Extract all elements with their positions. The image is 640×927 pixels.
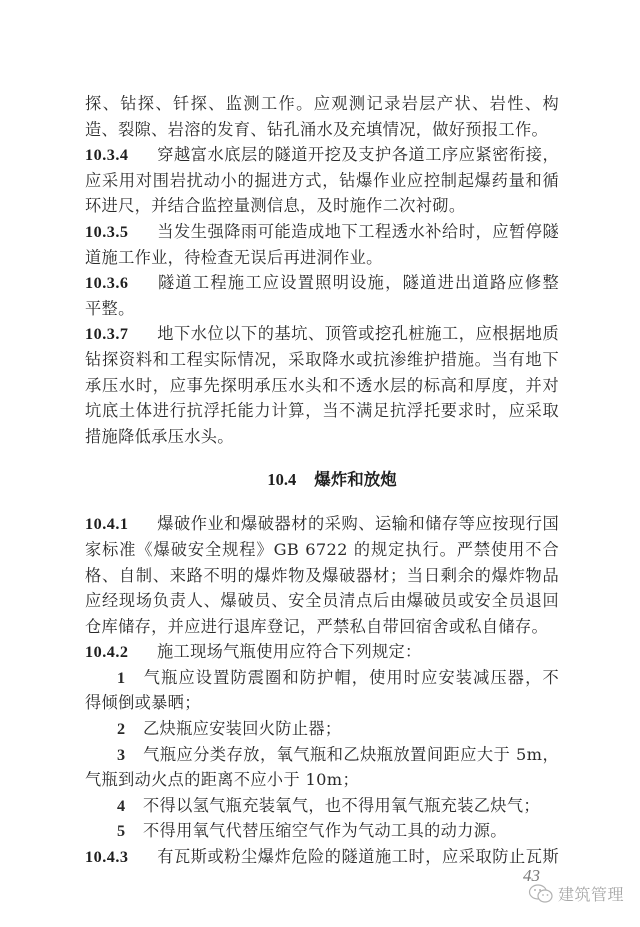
- text-line: 气瓶到动火点的距离不应小于 10m；: [85, 767, 559, 793]
- clause-line: 10.3.5当发生强降雨可能造成地下工程透水补给时，应暂停隧: [85, 219, 559, 245]
- list-item-line: 2乙炔瓶应安装回火防止器；: [85, 716, 559, 742]
- line-text: 有瓦斯或粉尘爆炸危险的隧道施工时，应采取防止瓦斯: [157, 847, 559, 866]
- line-text: 不得以氢气瓶充装氧气，也不得用氧气瓶充装乙炔气；: [143, 796, 540, 815]
- clause-line: 10.3.4穿越富水底层的隧道开挖及支护各道工序应紧密衔接，: [85, 142, 559, 168]
- watermark-text: 建筑管理: [558, 882, 624, 905]
- list-item-number: 4: [117, 794, 143, 819]
- text-line: 承压水时，应事先探明承压水头和不透水层的标高和厚度，并对: [85, 373, 559, 399]
- list-item-number: 1: [117, 666, 143, 691]
- list-item-line: 5不得用氧气代替压缩空气作为气动工具的动力源。: [85, 818, 559, 844]
- line-text: 气瓶到动火点的距离不应小于 10m；: [85, 770, 359, 789]
- line-text: 承压水时，应事先探明承压水头和不透水层的标高和厚度，并对: [85, 376, 559, 395]
- document-page: 探、钻探、钎探、监测工作。应观测记录岩层产状、岩性、构造、裂隙、岩溶的发育、钻孔…: [85, 91, 559, 870]
- clause-line: 10.4.1爆破作业和爆破器材的采购、运输和储存等应按现行国: [85, 511, 559, 537]
- clause-line: 10.4.2施工现场气瓶使用应符合下列规定：: [85, 639, 559, 665]
- clause-number: 10.3.7: [85, 322, 157, 347]
- section-heading: 10.4爆炸和放炮: [85, 449, 559, 511]
- text-line: 坑底土体进行抗浮托能力计算，当不满足抗浮托要求时，应采取: [85, 398, 559, 424]
- line-text: 应经现场负责人、爆破员、安全员清点后由爆破员或安全员退回: [85, 591, 559, 610]
- list-item-number: 5: [117, 819, 143, 844]
- clause-number: 10.3.4: [85, 143, 157, 168]
- line-text: 乙炔瓶应安装回火防止器；: [143, 719, 341, 738]
- line-text: 探、钻探、钎探、监测工作。应观测记录岩层产状、岩性、构: [85, 94, 559, 113]
- text-line: 措施降低承压水头。: [85, 424, 559, 450]
- line-text: 穿越富水底层的隧道开挖及支护各道工序应紧密衔接，: [157, 145, 559, 164]
- line-text: 气瓶应分类存放，氧气瓶和乙炔瓶放置间距应大于 5m，: [143, 745, 559, 764]
- text-line: 得倾倒或暴晒；: [85, 690, 559, 716]
- text-line: 仓库储存，并应进行退库登记，严禁私自带回宿舍或私自储存。: [85, 614, 559, 640]
- line-text: 当发生强降雨可能造成地下工程透水补给时，应暂停隧: [157, 222, 559, 241]
- clause-line: 10.4.3有瓦斯或粉尘爆炸危险的隧道施工时，应采取防止瓦斯: [85, 844, 559, 870]
- section-number: 10.4: [267, 470, 296, 489]
- line-text: 道施工作业，待检查无误后再进洞作业。: [85, 248, 383, 267]
- watermark: 建筑管理: [528, 882, 624, 905]
- line-text: 环进尺，并结合监控量测信息，及时施作二次衬砌。: [85, 196, 465, 215]
- text-line: 应经现场负责人、爆破员、安全员清点后由爆破员或安全员退回: [85, 588, 559, 614]
- clause-number: 10.4.3: [85, 845, 157, 870]
- list-item-number: 2: [117, 717, 143, 742]
- wechat-icon: [528, 883, 554, 905]
- list-item-line: 1气瓶应设置防震圈和防护帽，使用时应安装减压器，不: [85, 665, 559, 691]
- line-text: 气瓶应设置防震圈和防护帽，使用时应安装减压器，不: [143, 668, 559, 687]
- line-text: 仓库储存，并应进行退库登记，严禁私自带回宿舍或私自储存。: [85, 617, 548, 636]
- clause-line: 10.3.7地下水位以下的基坑、顶管或挖孔桩施工，应根据地质: [85, 321, 559, 347]
- line-text: 钻探资料和工程实际情况，采取降水或抗渗维护措施。当有地下: [85, 350, 559, 369]
- clause-number: 10.4.1: [85, 512, 157, 537]
- line-text: 应采用对围岩扰动小的掘进方式，钻爆作业应控制起爆药量和循: [85, 171, 559, 190]
- line-text: 不得用氧气代替压缩空气作为气动工具的动力源。: [143, 821, 507, 840]
- text-line: 钻探资料和工程实际情况，采取降水或抗渗维护措施。当有地下: [85, 347, 559, 373]
- text-line: 道施工作业，待检查无误后再进洞作业。: [85, 245, 559, 271]
- line-text: 坑底土体进行抗浮托能力计算，当不满足抗浮托要求时，应采取: [85, 401, 559, 420]
- line-text: 施工现场气瓶使用应符合下列规定：: [157, 642, 422, 661]
- text-line: 应采用对围岩扰动小的掘进方式，钻爆作业应控制起爆药量和循: [85, 168, 559, 194]
- text-line: 格、自制、来路不明的爆炸物及爆破器材；当日剩余的爆炸物品: [85, 563, 559, 589]
- text-line: 造、裂隙、岩溶的发育、钻孔涌水及充填情况，做好预报工作。: [85, 117, 559, 143]
- clause-number: 10.3.5: [85, 220, 157, 245]
- text-line: 环进尺，并结合监控量测信息，及时施作二次衬砌。: [85, 193, 559, 219]
- line-text: 家标准《爆破安全规程》GB 6722 的规定执行。严禁使用不合: [85, 540, 559, 559]
- clause-number: 10.4.2: [85, 640, 157, 665]
- line-text: 平整。: [85, 299, 135, 318]
- clause-number: 10.3.6: [85, 271, 157, 296]
- clause-line: 10.3.6隧道工程施工应设置照明设施，隧道进出道路应修整: [85, 270, 559, 296]
- line-text: 地下水位以下的基坑、顶管或挖孔桩施工，应根据地质: [157, 324, 559, 343]
- text-line: 探、钻探、钎探、监测工作。应观测记录岩层产状、岩性、构: [85, 91, 559, 117]
- line-text: 造、裂隙、岩溶的发育、钻孔涌水及充填情况，做好预报工作。: [85, 120, 548, 139]
- line-text: 措施降低承压水头。: [85, 427, 234, 446]
- line-text: 爆破作业和爆破器材的采购、运输和储存等应按现行国: [157, 514, 559, 533]
- list-item-line: 4不得以氢气瓶充装氧气，也不得用氧气瓶充装乙炔气；: [85, 793, 559, 819]
- list-item-number: 3: [117, 743, 143, 768]
- line-text: 隧道工程施工应设置照明设施，隧道进出道路应修整: [157, 273, 559, 292]
- line-text: 得倾倒或暴晒；: [85, 693, 201, 712]
- section-title: 爆炸和放炮: [314, 470, 397, 489]
- text-line: 平整。: [85, 296, 559, 322]
- text-line: 家标准《爆破安全规程》GB 6722 的规定执行。严禁使用不合: [85, 537, 559, 563]
- text-block-10-3: 探、钻探、钎探、监测工作。应观测记录岩层产状、岩性、构造、裂隙、岩溶的发育、钻孔…: [85, 91, 559, 449]
- line-text: 格、自制、来路不明的爆炸物及爆破器材；当日剩余的爆炸物品: [85, 566, 559, 585]
- list-item-line: 3气瓶应分类存放，氧气瓶和乙炔瓶放置间距应大于 5m，: [85, 742, 559, 768]
- text-block-10-4: 10.4.1爆破作业和爆破器材的采购、运输和储存等应按现行国家标准《爆破安全规程…: [85, 511, 559, 869]
